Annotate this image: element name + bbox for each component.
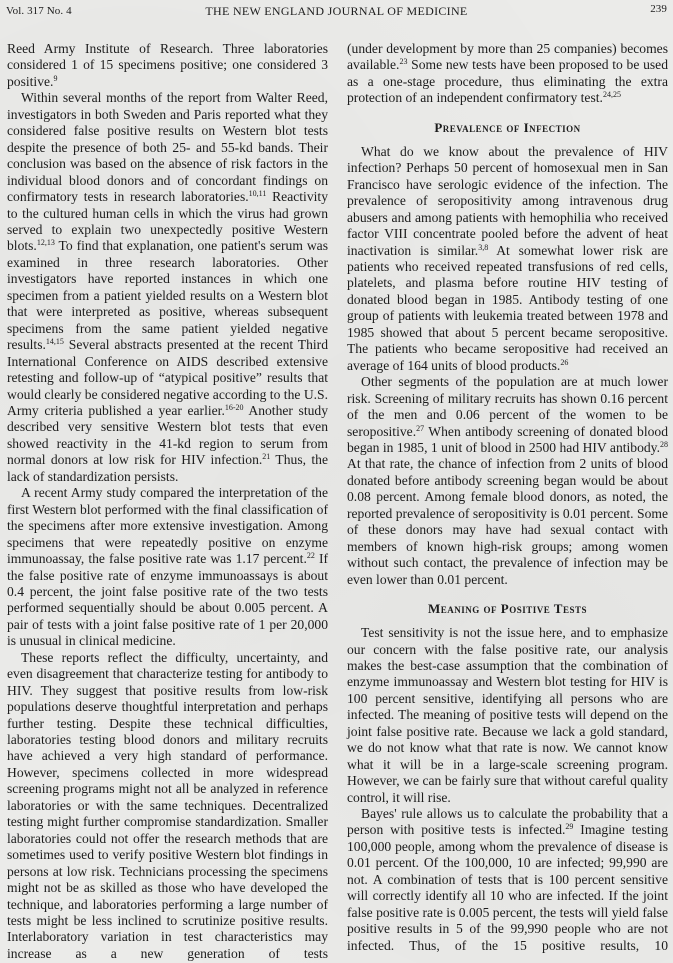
paragraph: Test sensitivity is not the issue here, …	[347, 625, 668, 806]
reference-superscript: 14,15	[46, 337, 64, 346]
paragraph-continued: (under development by more than 25 compa…	[347, 41, 668, 107]
text-run: To find that explanation, one patient's …	[7, 238, 328, 352]
text-run: A recent Army study compared the interpr…	[7, 485, 328, 566]
reference-superscript: 24,25	[603, 90, 621, 99]
reference-superscript: 16-20	[225, 403, 244, 412]
left-column: Reed Army Institute of Research. Three l…	[7, 41, 328, 962]
reference-superscript: 27	[416, 424, 424, 433]
paragraph-continued: Reed Army Institute of Research. Three l…	[7, 41, 328, 90]
reference-superscript: 22	[307, 551, 315, 560]
paragraph: A recent Army study compared the interpr…	[7, 485, 328, 650]
page-number: 239	[650, 3, 667, 15]
text-run: Within several months of the report from…	[7, 90, 328, 204]
text-run: At that rate, the chance of infection fr…	[347, 456, 668, 586]
text-run: What do we know about the prevalence of …	[347, 144, 668, 258]
paragraph: Bayes' rule allows us to calculate the p…	[347, 806, 668, 954]
paragraph: These reports reflect the difficulty, un…	[7, 650, 328, 963]
section-heading-prevalence: Prevalence of Infection	[347, 120, 668, 136]
reference-superscript: 10,11	[249, 189, 267, 198]
reference-superscript: 9	[53, 74, 57, 83]
journal-page: Vol. 317 No. 4 THE NEW ENGLAND JOURNAL O…	[0, 0, 673, 963]
paragraph: Other segments of the population are at …	[347, 374, 668, 588]
text-run: Test sensitivity is not the issue here, …	[347, 625, 668, 805]
running-header: Vol. 317 No. 4 THE NEW ENGLAND JOURNAL O…	[6, 4, 667, 20]
section-heading-meaning: Meaning of Positive Tests	[347, 601, 668, 617]
text-run: These reports reflect the difficulty, un…	[7, 650, 328, 961]
reference-superscript: 26	[560, 358, 568, 367]
text-run: Imagine testing 100,000 people, among wh…	[347, 822, 668, 952]
paragraph: What do we know about the prevalence of …	[347, 144, 668, 374]
reference-superscript: 3,8	[478, 243, 488, 252]
reference-superscript: 12,13	[37, 238, 55, 247]
paragraph: Within several months of the report from…	[7, 90, 328, 485]
text-run: At somewhat lower risk are patients who …	[347, 243, 668, 373]
right-column: (under development by more than 25 compa…	[347, 41, 668, 954]
reference-superscript: 28	[660, 440, 668, 449]
journal-title: THE NEW ENGLAND JOURNAL OF MEDICINE	[6, 4, 667, 19]
